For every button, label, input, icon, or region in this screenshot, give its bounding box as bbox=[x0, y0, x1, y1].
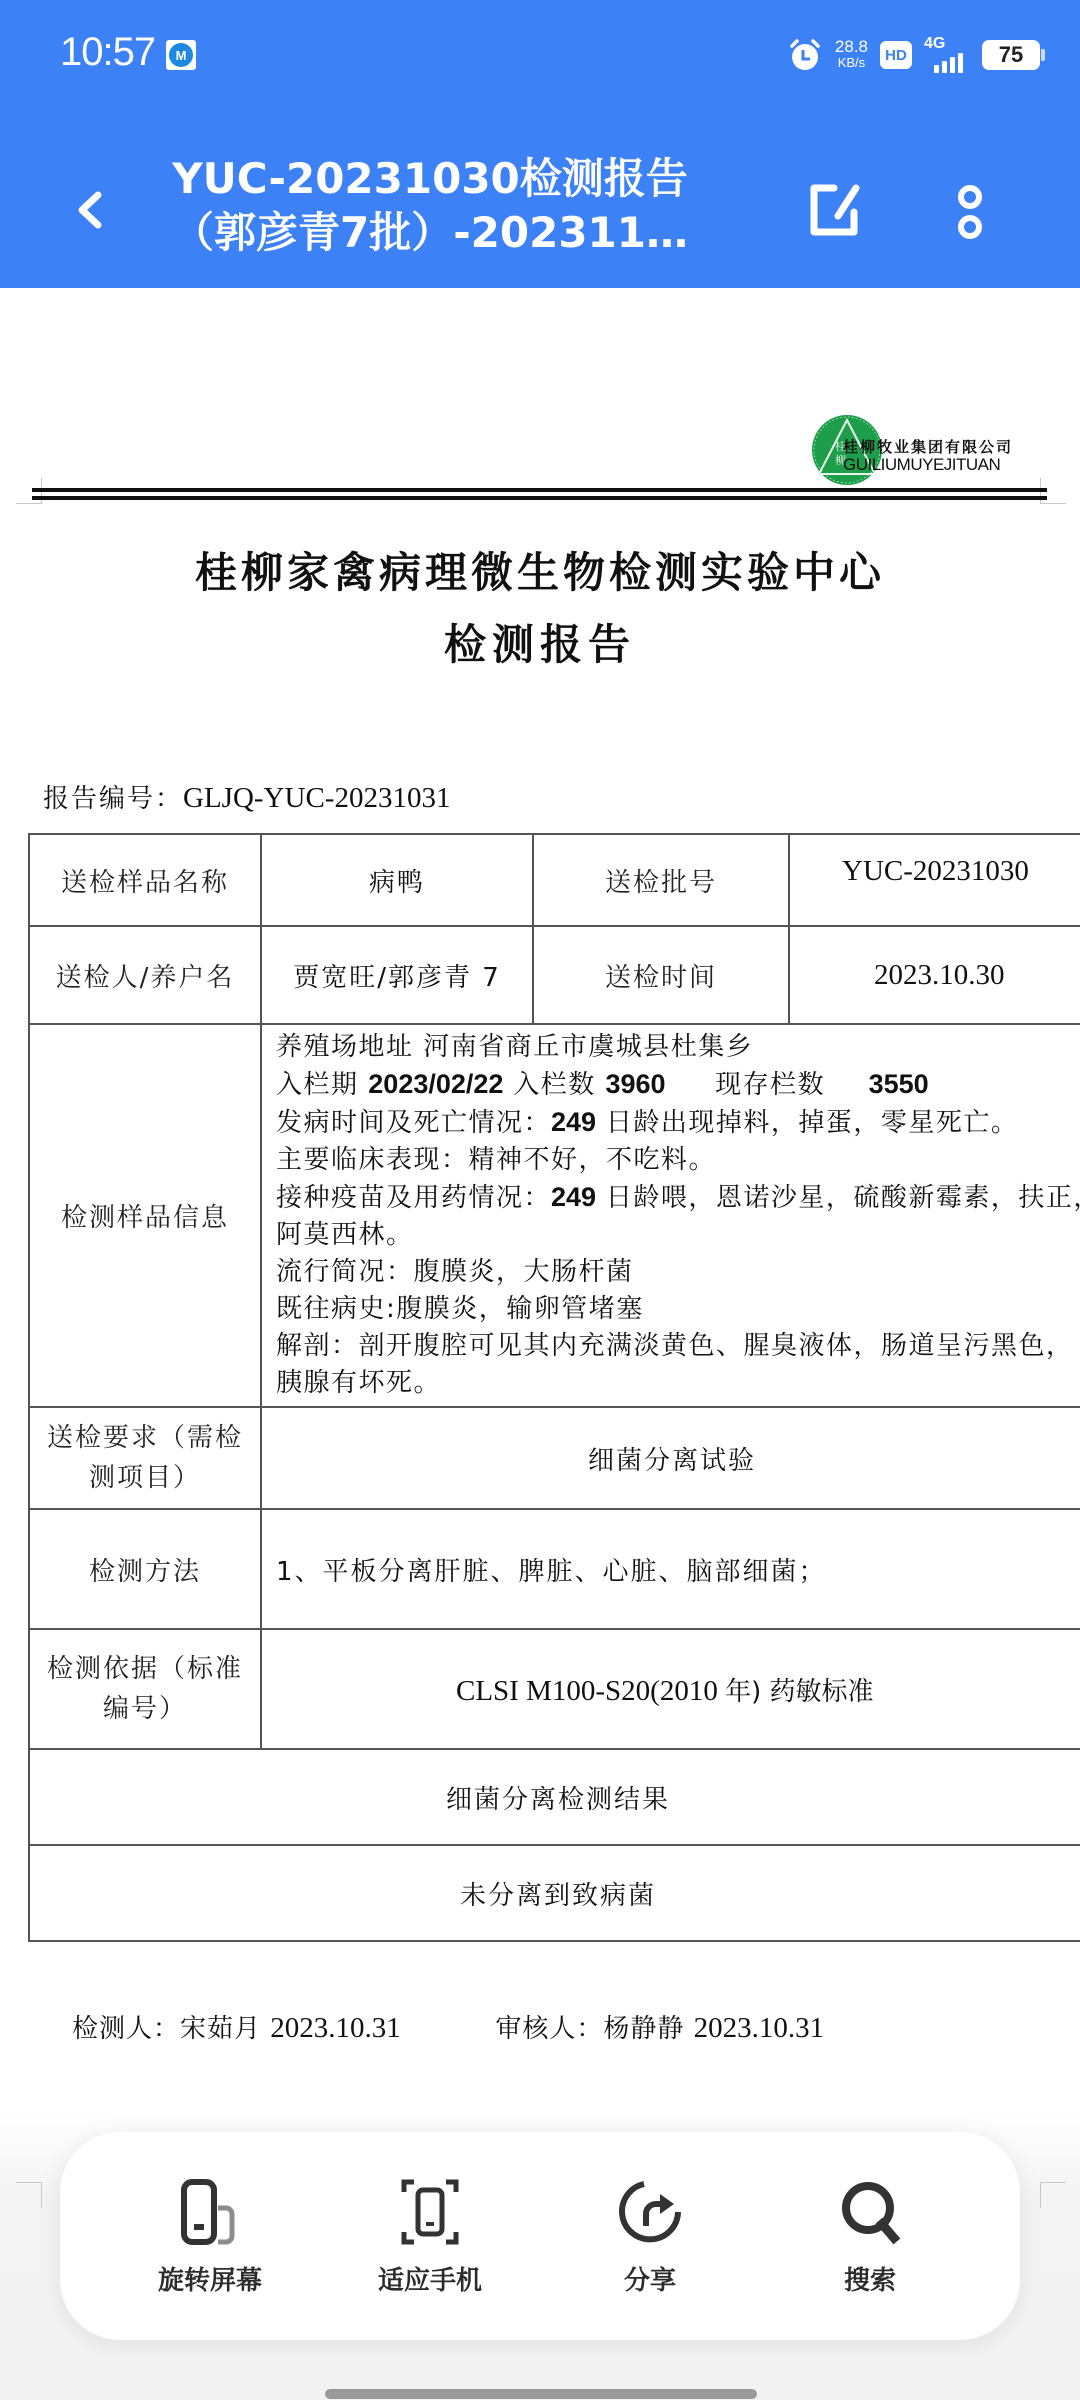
entry-count-label: 入栏数 bbox=[513, 1070, 596, 1100]
rotate-screen-label: 旋转屏幕 bbox=[158, 2260, 262, 2297]
hd-voice-icon: HD bbox=[880, 41, 912, 69]
report-number-label: 报告编号： bbox=[43, 784, 183, 814]
status-icons: 28.8 KB/s HD 4G 75 bbox=[787, 32, 1040, 78]
table-row: 送检要求（需检测项目） 细菌分离试验 bbox=[29, 1407, 1080, 1509]
vaccine-age: 249 bbox=[551, 1182, 596, 1212]
network-type: 4G bbox=[924, 35, 945, 53]
reviewer-label: 审核人： bbox=[495, 2014, 603, 2044]
top-bar: 10:57 M 28.8 KB/s HD 4G 75 YUC-20231030检… bbox=[0, 0, 1080, 288]
company-name-cn: 桂柳牧业集团有限公司 bbox=[843, 438, 1013, 456]
battery-level: 75 bbox=[999, 42, 1023, 68]
submitter-value: 贾宽旺/郭彦青 7 bbox=[261, 926, 533, 1024]
sample-name-value: 病鸭 bbox=[261, 834, 533, 926]
signatures: 检测人：宋茹月 2023.10.31 审核人：杨静静 2023.10.31 bbox=[72, 2008, 824, 2045]
battery-icon: 75 bbox=[982, 40, 1040, 70]
clinical-signs: 主要临床表现：精神不好，不吃料。 bbox=[276, 1142, 1080, 1179]
sample-info-value: 养殖场地址 河南省商丘市虞城县杜集乡 入栏期 2023/02/22 入栏数 39… bbox=[261, 1024, 1080, 1407]
report-number-value: GLJQ-YUC-20231031 bbox=[183, 782, 450, 814]
current-count: 3550 bbox=[869, 1069, 929, 1099]
tester-name: 宋茹月 bbox=[180, 2014, 261, 2044]
sample-name-label: 送检样品名称 bbox=[29, 834, 261, 926]
edit-icon bbox=[800, 170, 870, 250]
result-header: 细菌分离检测结果 bbox=[29, 1749, 1080, 1845]
reviewer-date: 2023.10.31 bbox=[694, 2012, 825, 2044]
onset-age: 249 bbox=[551, 1107, 596, 1137]
report-table: 送检样品名称 病鸭 送检批号 YUC-20231030 送检人/养户名 贾宽旺/… bbox=[28, 833, 1080, 1942]
vaccine-label: 接种疫苗及用药情况： bbox=[276, 1183, 551, 1213]
bottom-toolbar: 旋转屏幕 适应手机 分享 搜索 bbox=[60, 2132, 1020, 2340]
home-indicator[interactable] bbox=[325, 2389, 757, 2399]
title-line-2: （郭彦青7批）-202311… bbox=[150, 206, 710, 260]
fit-phone-label: 适应手机 bbox=[378, 2260, 482, 2297]
search-button[interactable]: 搜索 bbox=[780, 2156, 960, 2316]
submitter-label: 送检人/养户名 bbox=[29, 926, 261, 1024]
medical-history: 既往病史:腹膜炎，输卵管堵塞 bbox=[276, 1291, 1080, 1328]
signal-icon: 4G bbox=[924, 35, 970, 75]
current-count-label: 现存栏数 bbox=[715, 1070, 825, 1100]
header-rule-top bbox=[32, 488, 1047, 492]
onset-text: 日龄出现掉料，掉蛋，零星死亡。 bbox=[596, 1108, 1018, 1138]
fit-phone-button[interactable]: 适应手机 bbox=[340, 2156, 520, 2316]
header-rule-bottom bbox=[32, 496, 1047, 500]
search-icon bbox=[834, 2176, 906, 2248]
entry-date: 2023/02/22 bbox=[368, 1069, 503, 1099]
more-options-button[interactable] bbox=[940, 175, 1000, 250]
vaccine-info: 接种疫苗及用药情况：249 日龄喂，恩诺沙星，硫酸新霉素，扶正，阿莫西林。 bbox=[276, 1179, 1080, 1254]
onset-info: 发病时间及死亡情况：249 日龄出现掉料，掉蛋，零星死亡。 bbox=[276, 1104, 1080, 1142]
table-row: 检测依据（标准编号） CLSI M100-S20(2010 年) 药敏标准 bbox=[29, 1629, 1080, 1749]
result-value: 未分离到致病菌 bbox=[29, 1845, 1080, 1941]
table-row: 检测方法 1、平板分离肝脏、脾脏、心脏、脑部细菌； bbox=[29, 1509, 1080, 1629]
requirement-value: 细菌分离试验 bbox=[261, 1407, 1080, 1509]
title-line-1: YUC-20231030检测报告 bbox=[150, 152, 710, 206]
network-speed: 28.8 KB/s bbox=[835, 39, 868, 71]
company-name: 桂柳牧业集团有限公司 GUILIUMUYEJITUAN bbox=[843, 438, 1013, 474]
entry-info: 入栏期 2023/02/22 入栏数 3960 现存栏数 3550 bbox=[276, 1066, 1080, 1104]
report-number: 报告编号：GLJQ-YUC-20231031 bbox=[43, 778, 450, 815]
basis-tail: ) 药敏标准 bbox=[751, 1677, 873, 1707]
rotate-screen-button[interactable]: 旋转屏幕 bbox=[120, 2156, 300, 2316]
crop-mark-bottom-left bbox=[16, 2182, 42, 2208]
entry-date-label: 入栏期 bbox=[276, 1070, 359, 1100]
submit-time-value: 2023.10.30 bbox=[789, 926, 1080, 1024]
crop-mark-bottom-right bbox=[1040, 2182, 1066, 2208]
table-row: 送检样品名称 病鸭 送检批号 YUC-20231030 bbox=[29, 834, 1080, 926]
document-title: YUC-20231030检测报告 （郭彦青7批）-202311… bbox=[150, 152, 710, 260]
share-icon bbox=[614, 2176, 686, 2248]
batch-no-label: 送检批号 bbox=[533, 834, 789, 926]
speed-value: 28.8 bbox=[835, 39, 868, 55]
share-label: 分享 bbox=[624, 2260, 676, 2297]
more-vertical-icon bbox=[940, 175, 1000, 250]
requirement-label: 送检要求（需检测项目） bbox=[29, 1407, 261, 1509]
alarm-icon bbox=[787, 37, 823, 73]
organization-title: 桂柳家禽病理微生物检测实验中心 bbox=[0, 540, 1080, 600]
method-value: 1、平板分离肝脏、脾脏、心脏、脑部细菌； bbox=[261, 1509, 1080, 1629]
epidemic-info: 流行简况：腹膜炎，大肠杆菌 bbox=[276, 1254, 1080, 1291]
basis-standard: CLSI M100-S20(2010 bbox=[456, 1675, 725, 1707]
report-title: 检测报告 bbox=[0, 612, 1080, 672]
necropsy-findings: 解剖：剖开腹腔可见其内充满淡黄色、腥臭液体，肠道呈污黑色，胰腺有坏死。 bbox=[276, 1328, 1076, 1402]
table-row: 未分离到致病菌 bbox=[29, 1845, 1080, 1941]
signal-bars bbox=[934, 53, 963, 73]
speed-unit: KB/s bbox=[838, 55, 865, 71]
table-row: 送检人/养户名 贾宽旺/郭彦青 7 送检时间 2023.10.30 bbox=[29, 926, 1080, 1024]
onset-label: 发病时间及死亡情况： bbox=[276, 1108, 551, 1138]
basis-label: 检测依据（标准编号） bbox=[29, 1629, 261, 1749]
submit-time-label: 送检时间 bbox=[533, 926, 789, 1024]
chevron-left-icon bbox=[60, 175, 120, 245]
share-button[interactable]: 分享 bbox=[560, 2156, 740, 2316]
back-button[interactable] bbox=[60, 175, 120, 245]
table-row: 细菌分离检测结果 bbox=[29, 1749, 1080, 1845]
basis-value: CLSI M100-S20(2010 年) 药敏标准 bbox=[261, 1629, 1080, 1749]
sample-info-label: 检测样品信息 bbox=[29, 1024, 261, 1407]
basis-year-char: 年 bbox=[725, 1677, 751, 1707]
entry-count: 3960 bbox=[605, 1069, 665, 1099]
reviewer-name: 杨静静 bbox=[603, 2014, 684, 2044]
notification-app-icon: M bbox=[166, 40, 196, 70]
tester-date: 2023.10.31 bbox=[270, 2012, 401, 2044]
company-name-en: GUILIUMUYEJITUAN bbox=[843, 456, 1013, 474]
batch-no-value: YUC-20231030 bbox=[789, 834, 1080, 926]
search-label: 搜索 bbox=[844, 2260, 896, 2297]
status-time: 10:57 bbox=[60, 30, 155, 75]
method-label: 检测方法 bbox=[29, 1509, 261, 1629]
fit-phone-icon bbox=[394, 2176, 466, 2248]
edit-button[interactable] bbox=[800, 170, 870, 250]
app-icon-letter: M bbox=[169, 43, 193, 67]
farm-address: 养殖场地址 河南省商丘市虞城县杜集乡 bbox=[276, 1029, 1080, 1066]
rotate-screen-icon bbox=[174, 2176, 246, 2248]
table-row: 检测样品信息 养殖场地址 河南省商丘市虞城县杜集乡 入栏期 2023/02/22… bbox=[29, 1024, 1080, 1407]
tester-label: 检测人： bbox=[72, 2014, 180, 2044]
